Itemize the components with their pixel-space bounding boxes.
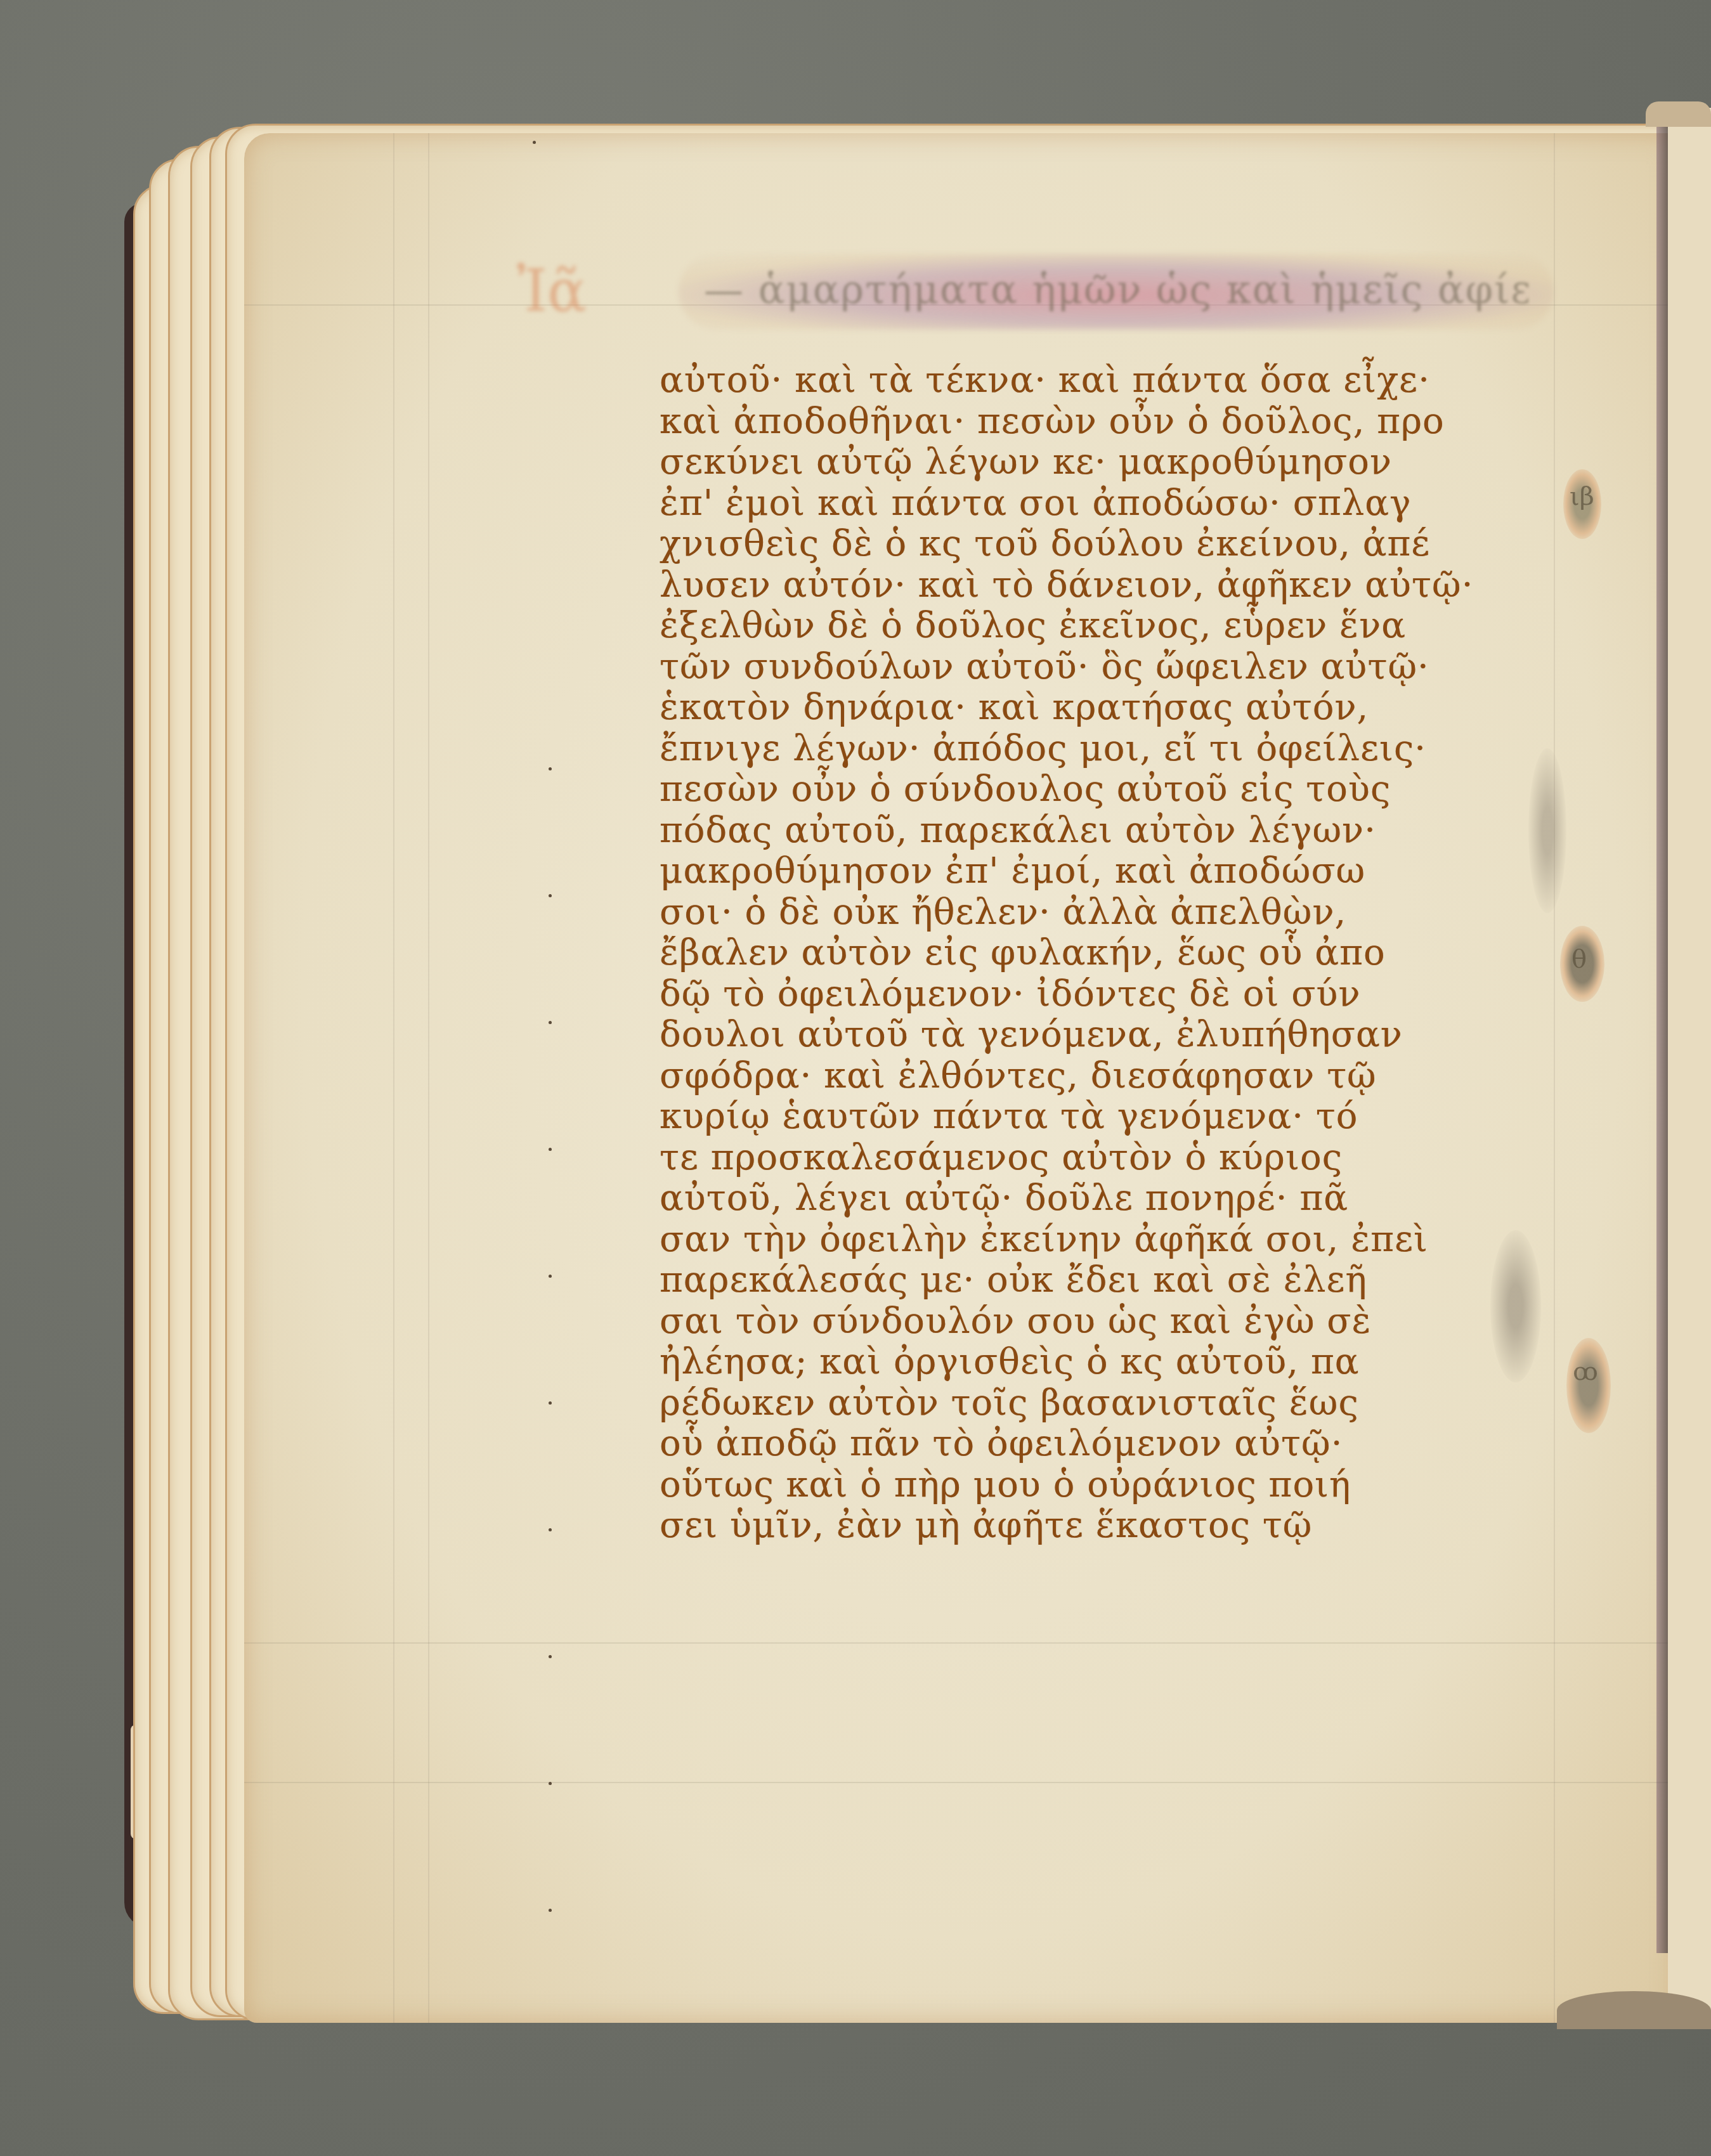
text-line: οὕτως καὶ ὁ πὴρ μου ὁ οὐράνιος ποιή: [660, 1465, 1547, 1506]
headband: [1646, 101, 1711, 127]
pricking-hole: [549, 1275, 552, 1278]
pricking-hole: [549, 1909, 552, 1912]
pricking-hole: [549, 1655, 552, 1658]
ruling-vertical: [1554, 133, 1555, 2023]
book-gutter: [1656, 114, 1668, 1953]
main-text-column: αὐτοῦ· καὶ τὰ τέκνα· καὶ πάντα ὅσα εἶχε·…: [660, 360, 1547, 1547]
text-line: λυσεν αὐτόν· καὶ τὸ δάνειον, ἀφῆκεν αὐτῷ…: [660, 565, 1547, 606]
text-line: σεκύνει αὐτῷ λέγων κε· μακροθύμησον: [660, 442, 1547, 483]
text-line: ἔβαλεν αὐτὸν εἰς φυλακήν, ἕως οὗ ἀπο: [660, 933, 1547, 974]
pricking-hole: [533, 141, 536, 144]
text-line: καὶ ἀποδοθῆναι· πεσὼν οὖν ὁ δοῦλος, προ: [660, 401, 1547, 443]
text-line: αὐτοῦ· καὶ τὰ τέκνα· καὶ πάντα ὅσα εἶχε·: [660, 360, 1547, 401]
text-line: ἔπνιγε λέγων· ἀπόδος μοι, εἴ τι ὀφείλεις…: [660, 729, 1547, 770]
ruling-line: [244, 1642, 1677, 1644]
tailband: [1557, 1991, 1711, 2029]
marginal-initial: Ἰᾶ: [517, 257, 587, 325]
marginal-note-middle: θ: [1571, 945, 1587, 974]
headpiece-title: — ἁμαρτήματα ἡμῶν ὡς καὶ ἡμεῖς ἀφίεμεν —: [704, 266, 1528, 313]
text-line: ἠλέησα; καὶ ὀργισθεὶς ὁ κς αὐτοῦ, πα: [660, 1342, 1547, 1383]
ruling-line: [244, 1782, 1677, 1783]
pricking-hole: [549, 1148, 552, 1151]
pricking-hole: [549, 1401, 552, 1405]
ruling-vertical: [393, 133, 394, 2023]
text-line: δουλοι αὐτοῦ τὰ γενόμενα, ἐλυπήθησαν: [660, 1015, 1547, 1056]
text-line: δῷ τὸ ὀφειλόμενον· ἰδόντες δὲ οἱ σύν: [660, 974, 1547, 1015]
pricking-hole: [549, 1528, 552, 1531]
text-line: αὐτοῦ, λέγει αὐτῷ· δοῦλε πονηρέ· πᾶ: [660, 1178, 1547, 1219]
ruling-vertical: [428, 133, 429, 2023]
text-line: ἐπ' ἐμοὶ καὶ πάντα σοι ἀποδώσω· σπλαγ: [660, 483, 1547, 524]
ink-stain: [1490, 1230, 1541, 1382]
text-line: σαν τὴν ὀφειλὴν ἐκείνην ἀφῆκά σοι, ἐπεὶ: [660, 1219, 1547, 1261]
text-line: σοι· ὁ δὲ οὐκ ἤθελεν· ἀλλὰ ἀπελθὼν,: [660, 892, 1547, 933]
text-line: τε προσκαλεσάμενος αὐτὸν ὁ κύριος: [660, 1138, 1547, 1179]
text-line: ἐξελθὼν δὲ ὁ δοῦλος ἐκεῖνος, εὗρεν ἕνα: [660, 606, 1547, 647]
marginal-note-upper: ιβ: [1570, 482, 1594, 511]
ink-stain: [1528, 748, 1566, 913]
text-line: πόδας αὐτοῦ, παρεκάλει αὐτὸν λέγων·: [660, 810, 1547, 852]
text-line: χνισθεὶς δὲ ὁ κς τοῦ δούλου ἐκείνου, ἀπέ: [660, 524, 1547, 565]
text-line: πεσὼν οὖν ὁ σύνδουλος αὐτοῦ εἰς τοὺς: [660, 769, 1547, 810]
marginal-note-lower: ꝏ: [1573, 1357, 1598, 1386]
text-line: παρεκάλεσάς με· οὐκ ἔδει καὶ σὲ ἐλεῆ: [660, 1260, 1547, 1301]
facing-page-edge: [1668, 108, 1711, 2023]
text-line: κυρίῳ ἑαυτῶν πάντα τὰ γενόμενα· τό: [660, 1096, 1547, 1138]
pricking-hole: [549, 767, 552, 770]
text-line: οὗ ἀποδῷ πᾶν τὸ ὀφειλόμενον αὐτῷ·: [660, 1424, 1547, 1465]
text-line: ρέδωκεν αὐτὸν τοῖς βασανισταῖς ἕως: [660, 1383, 1547, 1424]
text-line: σει ὑμῖν, ἐὰν μὴ ἀφῆτε ἕκαστος τῷ: [660, 1505, 1547, 1547]
pricking-hole: [549, 894, 552, 897]
text-line: σφόδρα· καὶ ἐλθόντες, διεσάφησαν τῷ: [660, 1056, 1547, 1097]
text-line: τῶν συνδούλων αὐτοῦ· ὃς ὤφειλεν αὐτῷ·: [660, 647, 1547, 688]
text-line: μακροθύμησον ἐπ' ἐμοί, καὶ ἀποδώσω: [660, 851, 1547, 892]
pricking-hole: [549, 1782, 552, 1785]
pricking-hole: [549, 1021, 552, 1024]
text-line: ἑκατὸν δηνάρια· καὶ κρατήσας αὐτόν,: [660, 687, 1547, 729]
text-line: σαι τὸν σύνδουλόν σου ὡς καὶ ἐγὼ σὲ: [660, 1301, 1547, 1342]
